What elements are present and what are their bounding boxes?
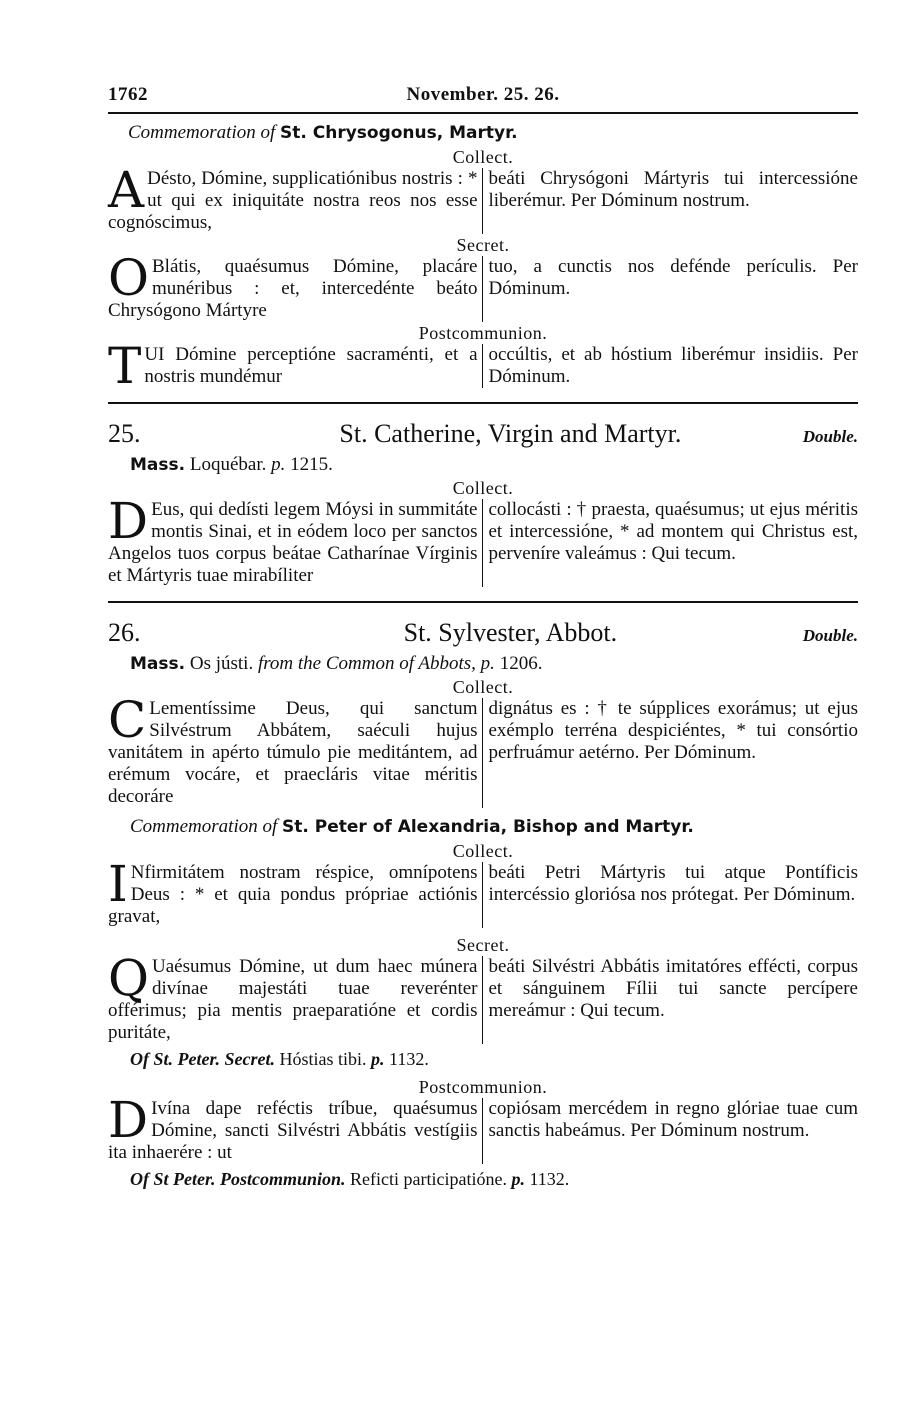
running-head: 1762 November. 25. 26. [108, 84, 858, 108]
prayer-title: Collect. [108, 146, 858, 168]
prayer-title: Postcommunion. [108, 322, 858, 344]
page-abbrev: p. [271, 454, 285, 475]
drop-cap: I [108, 863, 128, 905]
drop-cap: T [108, 345, 141, 387]
prayer-title: Secret. [108, 934, 858, 956]
feast-name: St. Sylvester, Abbot. [218, 617, 803, 649]
prayer-right-text: tuo, a cunctis nos defénde perículis. Pe… [489, 256, 859, 299]
mass-label: Mass. [130, 455, 185, 475]
book-page: 1762 November. 25. 26. Commemoration of … [108, 84, 858, 1192]
prayer-title: Collect. [108, 477, 858, 499]
drop-cap: C [108, 699, 146, 741]
commemoration-saint: St. Peter of Alexandria, Bishop and Mart… [282, 817, 694, 837]
prayer-left-text: Ivína dape reféctis tríbue, quaésumus Dó… [108, 1098, 478, 1163]
prayer-right-text: occúltis, et ab hóstium liberémur insidi… [489, 344, 859, 387]
prayer-left-text: Désto, Dómine, supplicatiónibus nostris … [108, 168, 478, 233]
page-abbrev: p. [511, 1169, 525, 1189]
feast-rank: Double. [803, 620, 858, 652]
drop-cap: Q [108, 957, 149, 999]
commemoration-prefix: Commemoration of [128, 122, 275, 143]
page-ref: 1132. [389, 1049, 429, 1069]
prayer-left-text: Eus, qui dedísti legem Móysi in summitát… [108, 499, 478, 586]
drop-cap: A [108, 169, 144, 211]
page-ref: 1132. [529, 1169, 569, 1189]
prayer-left-text: Lementíssime Deus, qui sanctum Silvéstru… [108, 698, 478, 807]
section-rule [108, 601, 858, 603]
ref-label: Of St Peter. Postcommunion. [130, 1169, 346, 1189]
commemoration-postcommunion-reference: Of St Peter. Postcommunion. Reficti part… [130, 1166, 858, 1192]
feast-name: St. Catherine, Virgin and Martyr. [218, 418, 803, 450]
ref-label: Of St. Peter. Secret. [130, 1049, 275, 1069]
feast-day-number: 25. [108, 418, 218, 450]
mass-reference: Mass. Os jústi. from the Common of Abbot… [130, 652, 858, 676]
mass-introit: Os jústi. [190, 653, 253, 674]
prayer-collect: DEus, qui dedísti legem Móysi in summitá… [108, 499, 858, 587]
drop-cap: O [108, 257, 149, 299]
feast-heading: 26. St. Sylvester, Abbot. Double. [108, 617, 858, 652]
prayer-right-text: beáti Chrysógoni Mártyris tui intercessi… [489, 168, 859, 211]
prayer-right-text: copiósam mercédem in regno glóriae tuae … [489, 1098, 859, 1141]
ref-incipit: Hóstias tibi. [279, 1049, 366, 1069]
prayer-title: Collect. [108, 840, 858, 862]
prayer-title: Postcommunion. [108, 1076, 858, 1098]
mass-label: Mass. [130, 654, 185, 674]
commemoration-heading: Commemoration of St. Chrysogonus, Martyr… [128, 120, 858, 146]
feast-day-number: 26. [108, 617, 218, 649]
prayer-left-text: Uaésumus Dómine, ut dum haec múnera diví… [108, 956, 478, 1043]
prayer-left-text: UI Dómine perceptióne sacraménti, et a n… [144, 344, 477, 387]
commemoration-saint: St. Chrysogonus, Martyr. [280, 123, 518, 143]
commemoration-prefix: Commemoration of [130, 816, 277, 837]
prayer-right-text: collocásti : † praesta, quaésumus; ut ej… [489, 499, 859, 564]
prayer-left-text: Nfirmitátem nostram réspice, omnípotens … [108, 862, 478, 927]
prayer-right-text: beáti Silvéstri Abbátis imitatóres efféc… [489, 956, 859, 1021]
mass-reference: Mass. Loquébar. p. 1215. [130, 453, 858, 477]
prayer-left-text: Blátis, quaésumus Dómine, placáre munéri… [108, 256, 478, 321]
feast-heading: 25. St. Catherine, Virgin and Martyr. Do… [108, 418, 858, 453]
prayer-collect: ADésto, Dómine, supplicatiónibus nostris… [108, 168, 858, 234]
prayer-secret: QUaésumus Dómine, ut dum haec múnera div… [108, 956, 858, 1044]
header-rule [108, 112, 858, 114]
section-rule [108, 402, 858, 404]
drop-cap: D [108, 500, 148, 542]
commemoration-secret-reference: Of St. Peter. Secret. Hóstias tibi. p. 1… [130, 1046, 858, 1072]
prayer-title: Secret. [108, 234, 858, 256]
page-title: November. 25. 26. [108, 84, 858, 106]
prayer-collect: INfirmitátem nostram réspice, omnípotens… [108, 862, 858, 928]
page-ref: 1206. [500, 653, 543, 674]
prayer-title: Collect. [108, 676, 858, 698]
feast-rank: Double. [803, 421, 858, 453]
prayer-right-text: beáti Petri Mártyris tui atque Pontífici… [489, 862, 859, 905]
prayer-postcommunion: TUI Dómine perceptióne sacraménti, et a … [108, 344, 858, 388]
prayer-collect: CLementíssime Deus, qui sanctum Silvéstr… [108, 698, 858, 808]
mass-introit: Loquébar. [190, 454, 267, 475]
prayer-secret: OBlátis, quaésumus Dómine, placáre munér… [108, 256, 858, 322]
drop-cap: D [108, 1099, 148, 1141]
prayer-right-text: dignátus es : † te súpplices exorámus; u… [489, 698, 859, 763]
mass-source: from the Common of Abbots, p. [258, 653, 495, 674]
page-ref: 1215. [290, 454, 333, 475]
commemoration-heading: Commemoration of St. Peter of Alexandria… [130, 814, 858, 840]
page-abbrev: p. [371, 1049, 385, 1069]
ref-incipit: Reficti participatióne. [350, 1169, 507, 1189]
prayer-postcommunion: DIvína dape reféctis tríbue, quaésumus D… [108, 1098, 858, 1164]
